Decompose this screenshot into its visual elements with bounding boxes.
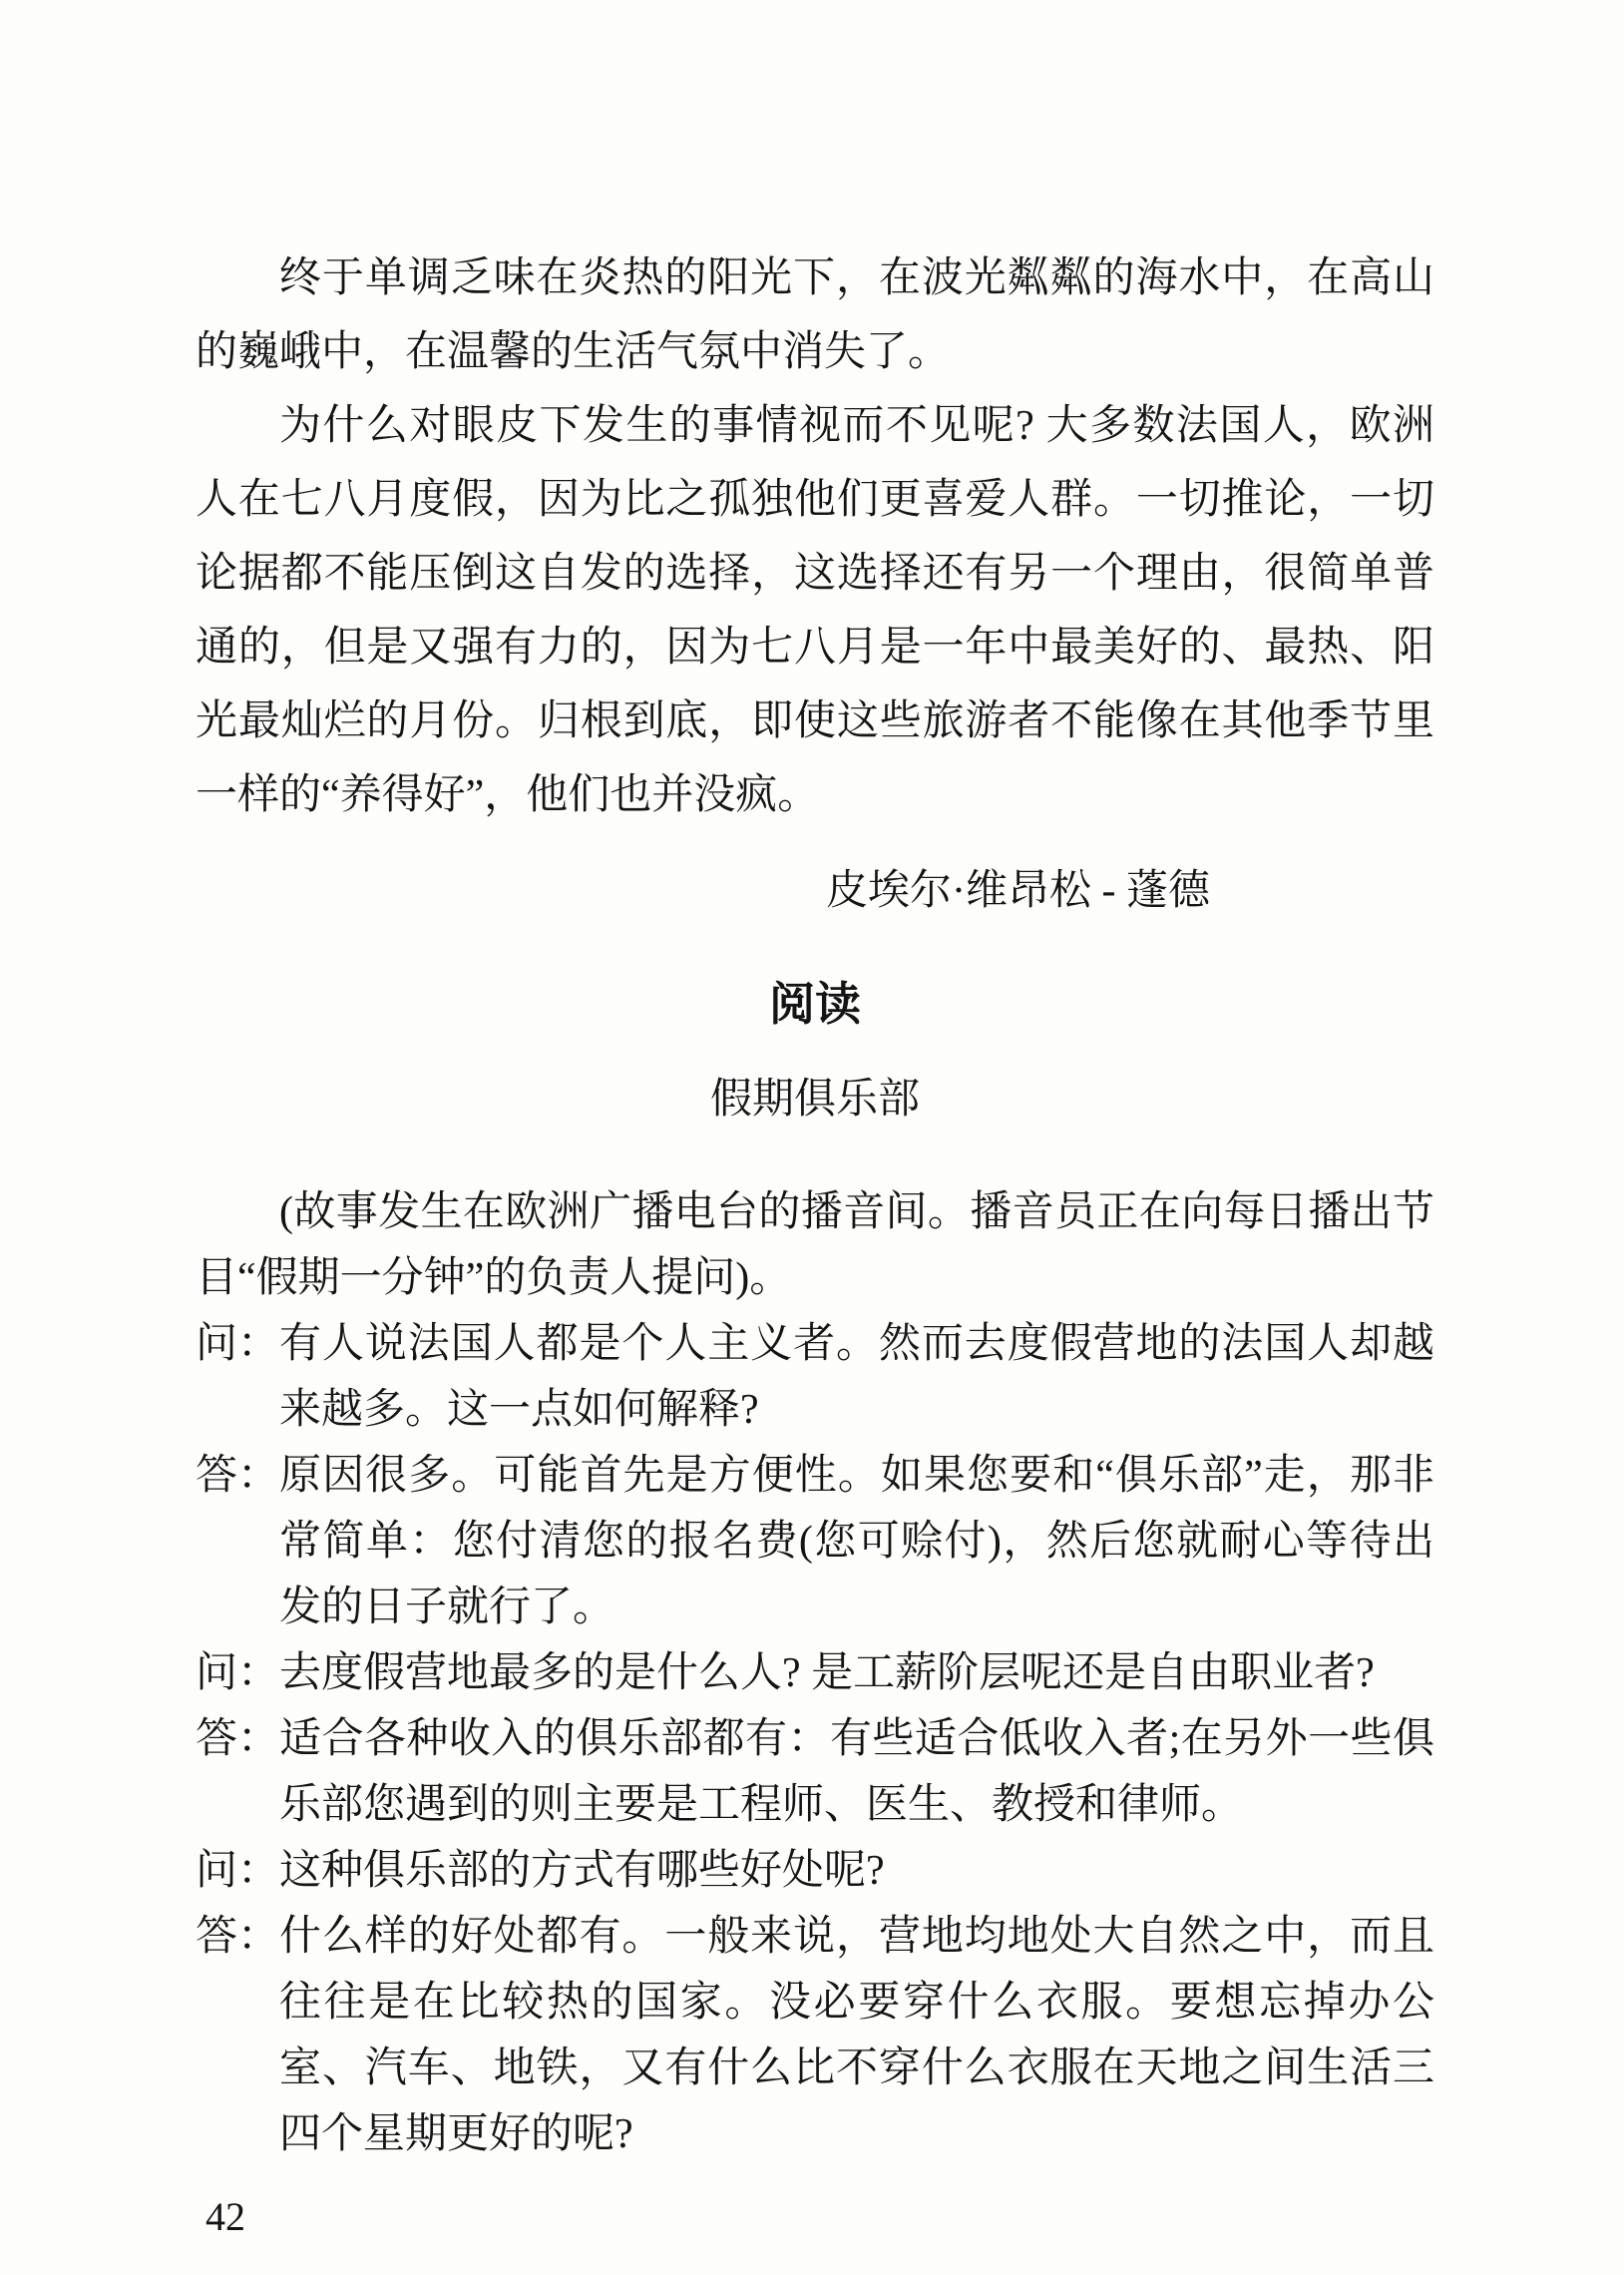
dialogue-item: 答： 原因很多。可能首先是方便性。如果您要和“俱乐部”走，那非常简单：您付清您的…: [196, 1443, 1434, 1640]
dialogue-text: 什么样的好处都有。一般来说，营地均地处大自然之中，而且往往是在比较热的国家。没必…: [279, 1904, 1434, 2167]
dialogue-item: 答： 适合各种收入的俱乐部都有：有些适合低收入者;在另外一些俱乐部您遇到的则主要…: [196, 1706, 1434, 1838]
dialogue-item: 问： 这种俱乐部的方式有哪些好处呢?: [196, 1838, 1434, 1904]
speaker-label: 答：: [196, 1904, 279, 2167]
speaker-label: 问：: [196, 1838, 279, 1904]
section-title: 阅读: [196, 980, 1434, 1030]
essay-paragraph: 为什么对眼皮下发生的事情视而不见呢? 大多数法国人，欧洲人在七八月度假，因为比之…: [196, 389, 1434, 832]
speaker-label: 答：: [196, 1443, 279, 1640]
dialogue-item: 问： 有人说法国人都是个人主义者。然而去度假营地的法国人却越来越多。这一点如何解…: [196, 1311, 1434, 1443]
author-attribution: 皮埃尔·维昂松 - 蓬德: [196, 854, 1434, 928]
speaker-label: 问：: [196, 1640, 279, 1706]
dialogue-text: 这种俱乐部的方式有哪些好处呢?: [279, 1838, 1434, 1904]
dialogue-text: 原因很多。可能首先是方便性。如果您要和“俱乐部”走，那非常简单：您付清您的报名费…: [279, 1443, 1434, 1640]
intro-paragraph: (故事发生在欧洲广播电台的播音间。播音员正在向每日播出节目“假期一分钟”的负责人…: [196, 1179, 1434, 1311]
essay-section: 终于单调乏味在炎热的阳光下，在波光粼粼的海水中，在高山的巍峨中，在温馨的生活气氛…: [196, 241, 1434, 832]
book-page: 终于单调乏味在炎热的阳光下，在波光粼粼的海水中，在高山的巍峨中，在温馨的生活气氛…: [0, 0, 1624, 2275]
speaker-label: 答：: [196, 1706, 279, 1838]
dialogue-text: 去度假营地最多的是什么人? 是工薪阶层呢还是自由职业者?: [279, 1640, 1434, 1706]
dialogue-section: 问： 有人说法国人都是个人主义者。然而去度假营地的法国人却越来越多。这一点如何解…: [196, 1311, 1434, 2167]
speaker-label: 问：: [196, 1311, 279, 1443]
page-number: 42: [205, 2195, 1434, 2239]
article-title: 假期俱乐部: [196, 1076, 1434, 1124]
dialogue-text: 适合各种收入的俱乐部都有：有些适合低收入者;在另外一些俱乐部您遇到的则主要是工程…: [279, 1706, 1434, 1838]
dialogue-item: 答： 什么样的好处都有。一般来说，营地均地处大自然之中，而且往往是在比较热的国家…: [196, 1904, 1434, 2167]
dialogue-text: 有人说法国人都是个人主义者。然而去度假营地的法国人却越来越多。这一点如何解释?: [279, 1311, 1434, 1443]
dialogue-item: 问： 去度假营地最多的是什么人? 是工薪阶层呢还是自由职业者?: [196, 1640, 1434, 1706]
essay-paragraph: 终于单调乏味在炎热的阳光下，在波光粼粼的海水中，在高山的巍峨中，在温馨的生活气氛…: [196, 241, 1434, 389]
